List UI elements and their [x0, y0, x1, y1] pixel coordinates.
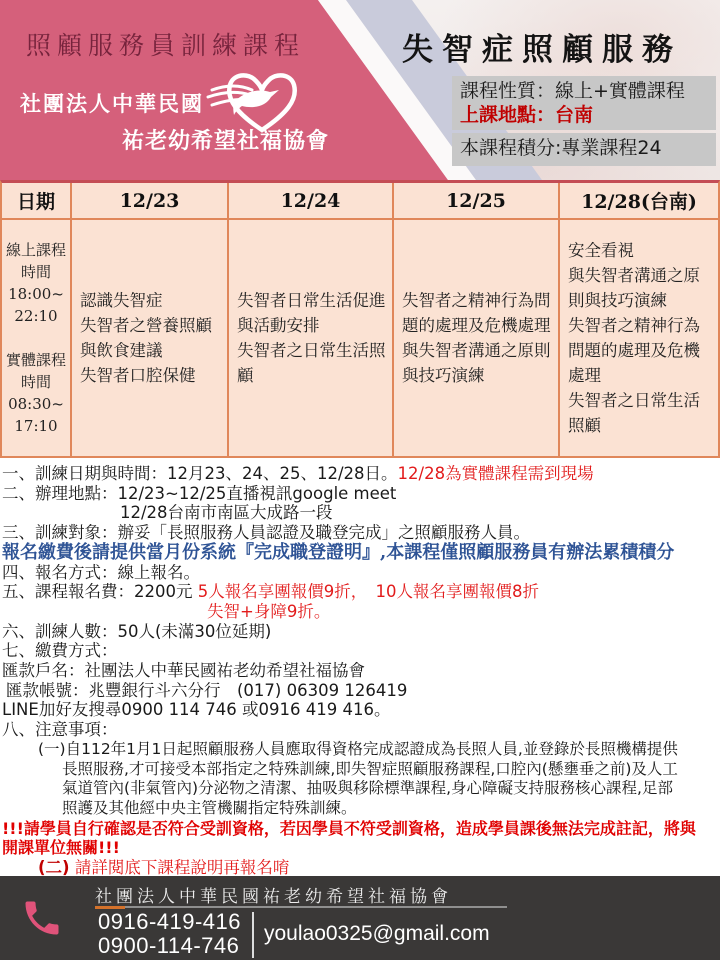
note-line: (二) 請詳閱底下課程說明再報名唷	[2, 858, 720, 878]
note-segment: 失智+身障9折。	[207, 602, 330, 621]
email-link[interactable]: youlao0325@gmail.com	[264, 922, 490, 946]
phone-number-2[interactable]: 0900-114-746	[98, 934, 241, 958]
course-info-box: 課程性質：線上+實體課程 上課地點：台南	[452, 76, 716, 130]
course-credit-box: 本課程積分:專業課程24	[452, 133, 716, 166]
note-line: 報名繳費後請提供當月份系統『完成職登證明』,本課程僅照顧服務員有辦法累積積分	[2, 543, 720, 563]
note-segment: 一、訓練日期與時間：12月23、24、25、12/28日。	[2, 464, 398, 483]
course-cell-1223: 認識失智症 失智者之營養照顧與飲食建議 失智者口腔保健	[72, 220, 229, 456]
note-segment: 五、課程報名費：2200元	[2, 582, 198, 601]
note-line: 12/28台南市南區大成路一段	[2, 503, 720, 523]
note-line: (一)自112年1月1日起照顧服務人員應取得資格完成認證成為長照人員,並登錄於長…	[2, 740, 720, 760]
course-type-line: 課程性質：線上+實體課程	[460, 79, 716, 103]
footer-underline	[95, 906, 507, 908]
course-location-line: 上課地點：台南	[460, 103, 716, 127]
column-header-1228: 12/28(台南)	[560, 183, 718, 220]
note-segment: 氣道管內(非氣管內)分泌物之清潔、抽吸與移除標準課程,身心障礙支持服務核心課程,…	[62, 779, 673, 797]
note-line: 一、訓練日期與時間：12月23、24、25、12/28日。12/28為實體課程需…	[2, 464, 720, 484]
note-line: 六、訓練人數：50人(未滿30位延期)	[2, 622, 720, 642]
note-segment: 12/28為實體課程需到現場	[398, 464, 594, 483]
course-cell-1225: 失智者之精神行為問題的處理及危機處理 與失智者溝通之原則與技巧演練	[394, 220, 560, 456]
note-line: 七、繳費方式：	[2, 641, 720, 661]
notes-lines: 一、訓練日期與時間：12月23、24、25、12/28日。12/28為實體課程需…	[2, 464, 720, 878]
note-segment: 報名繳費後請提供當月份系統『完成職登證明』,本課程僅照顧服務員有辦法累積積分	[2, 542, 674, 563]
note-line: 失智+身障9折。	[2, 602, 720, 622]
org-name-line2: 祐老幼希望社福協會	[122, 124, 329, 155]
note-line: !!!請學員自行確認是否符合受訓資格，若因學員不符受訓資格，造成學員課後無法完成…	[2, 819, 720, 839]
note-line: 二、辦理地點：12/23~12/25直播視訊google meet	[2, 484, 720, 504]
note-segment: 匯款帳號：兆豐銀行斗六分行 (017) 06309 126419	[6, 681, 407, 700]
flyer-page: 照顧服務員訓練課程 社團法人中華民國 祐老幼希望社福協會 失智症照顧服務 課程性…	[0, 0, 720, 960]
note-segment: !!!請學員自行確認是否符合受訓資格，若因學員不符受訓資格，造成學員課後無法完成…	[2, 819, 696, 838]
note-line: 照護及其他經中央主管機關指定特殊訓練。	[2, 799, 720, 819]
note-line: 開課單位無關!!!	[2, 838, 720, 858]
note-segment: LINE加好友搜尋0900 114 746 或0916 419 416。	[2, 700, 391, 719]
course-credit-line: 本課程積分:專業課程24	[460, 136, 716, 160]
course-type-label: 照顧服務員訓練課程	[26, 26, 305, 62]
note-segment: 三、訓練對象：辦妥「長照服務人員認證及職登完成」之照顧服務人員。	[2, 523, 530, 542]
page-title: 失智症照顧服務	[402, 24, 682, 69]
note-segment: 請詳閱底下課程說明再報名唷	[70, 858, 290, 877]
footer-org-name: 社團法人中華民國祐老幼希望社福協會	[95, 882, 452, 907]
note-line: 匯款帳號：兆豐銀行斗六分行 (017) 06309 126419	[2, 681, 720, 701]
note-segment: 八、注意事項：	[2, 720, 118, 739]
note-segment: 照護及其他經中央主管機關指定特殊訓練。	[62, 799, 357, 817]
note-segment: 二、辦理地點：12/23~12/25直播視訊google meet	[2, 484, 396, 503]
footer: 社團法人中華民國祐老幼希望社福協會 0916-419-416 0900-114-…	[0, 876, 720, 960]
time-schedule-cell: 線上課程時間 18:00~ 22:10 實體課程時間 08:30~ 17:10	[2, 220, 72, 456]
note-line: 五、課程報名費：2200元 5人報名享團報價9折， 10人報名享團報價8折	[2, 582, 720, 602]
note-segment: 12/28台南市南區大成路一段	[120, 503, 333, 522]
column-header-1224: 12/24	[229, 183, 394, 220]
note-line: 氣道管內(非氣管內)分泌物之清潔、抽吸與移除標準課程,身心障礙支持服務核心課程,…	[2, 779, 720, 799]
header: 照顧服務員訓練課程 社團法人中華民國 祐老幼希望社福協會 失智症照顧服務 課程性…	[0, 0, 720, 180]
note-line: 八、注意事項：	[2, 720, 720, 740]
phone-icon	[20, 896, 64, 940]
phone-number-1[interactable]: 0916-419-416	[98, 910, 241, 934]
note-segment: (一)自112年1月1日起照顧服務人員應取得資格完成認證成為長照人員,並登錄於長…	[38, 740, 678, 758]
note-line: 四、報名方式：線上報名。	[2, 563, 720, 583]
course-cell-1228: 安全看視 與失智者溝通之原則與技巧演練 失智者之精神行為問題的處理及危機處理 失…	[560, 220, 718, 456]
org-name-line1: 社團法人中華民國	[20, 88, 204, 118]
note-line: LINE加好友搜尋0900 114 746 或0916 419 416。	[2, 700, 720, 720]
column-header-date: 日期	[2, 183, 72, 220]
footer-phone-numbers[interactable]: 0916-419-416 0900-114-746	[98, 910, 241, 958]
note-segment: 5人報名享團報價9折， 10人報名享團報價8折	[198, 582, 539, 601]
note-line: 長照服務,才可接受本部指定之特殊訓練,即失智症照顧服務課程,口腔內(懸壅垂之前)…	[2, 760, 720, 780]
note-segment: 長照服務,才可接受本部指定之特殊訓練,即失智症照顧服務課程,口腔內(懸壅垂之前)…	[62, 760, 678, 778]
footer-divider	[252, 912, 254, 958]
course-cell-1224: 失智者日常生活促進與活動安排 失智者之日常生活照顧	[229, 220, 394, 456]
note-segment: (二)	[38, 858, 70, 877]
note-segment: 匯款戶名：社團法人中華民國祐老幼希望社福協會	[2, 661, 365, 680]
note-segment: 七、繳費方式：	[2, 641, 118, 660]
notes-section: 一、訓練日期與時間：12月23、24、25、12/28日。12/28為實體課程需…	[2, 458, 720, 876]
column-header-1225: 12/25	[394, 183, 560, 220]
column-header-1223: 12/23	[72, 183, 229, 220]
note-segment: 六、訓練人數：50人(未滿30位延期)	[2, 622, 271, 641]
note-line: 三、訓練對象：辦妥「長照服務人員認證及職登完成」之照顧服務人員。	[2, 523, 720, 543]
note-line: 匯款戶名：社團法人中華民國祐老幼希望社福協會	[2, 661, 720, 681]
note-segment: 開課單位無關!!!	[2, 838, 120, 857]
note-segment: 四、報名方式：線上報名。	[2, 563, 200, 582]
schedule-table: 日期 12/23 12/24 12/25 12/28(台南) 線上課程時間 18…	[0, 180, 720, 458]
